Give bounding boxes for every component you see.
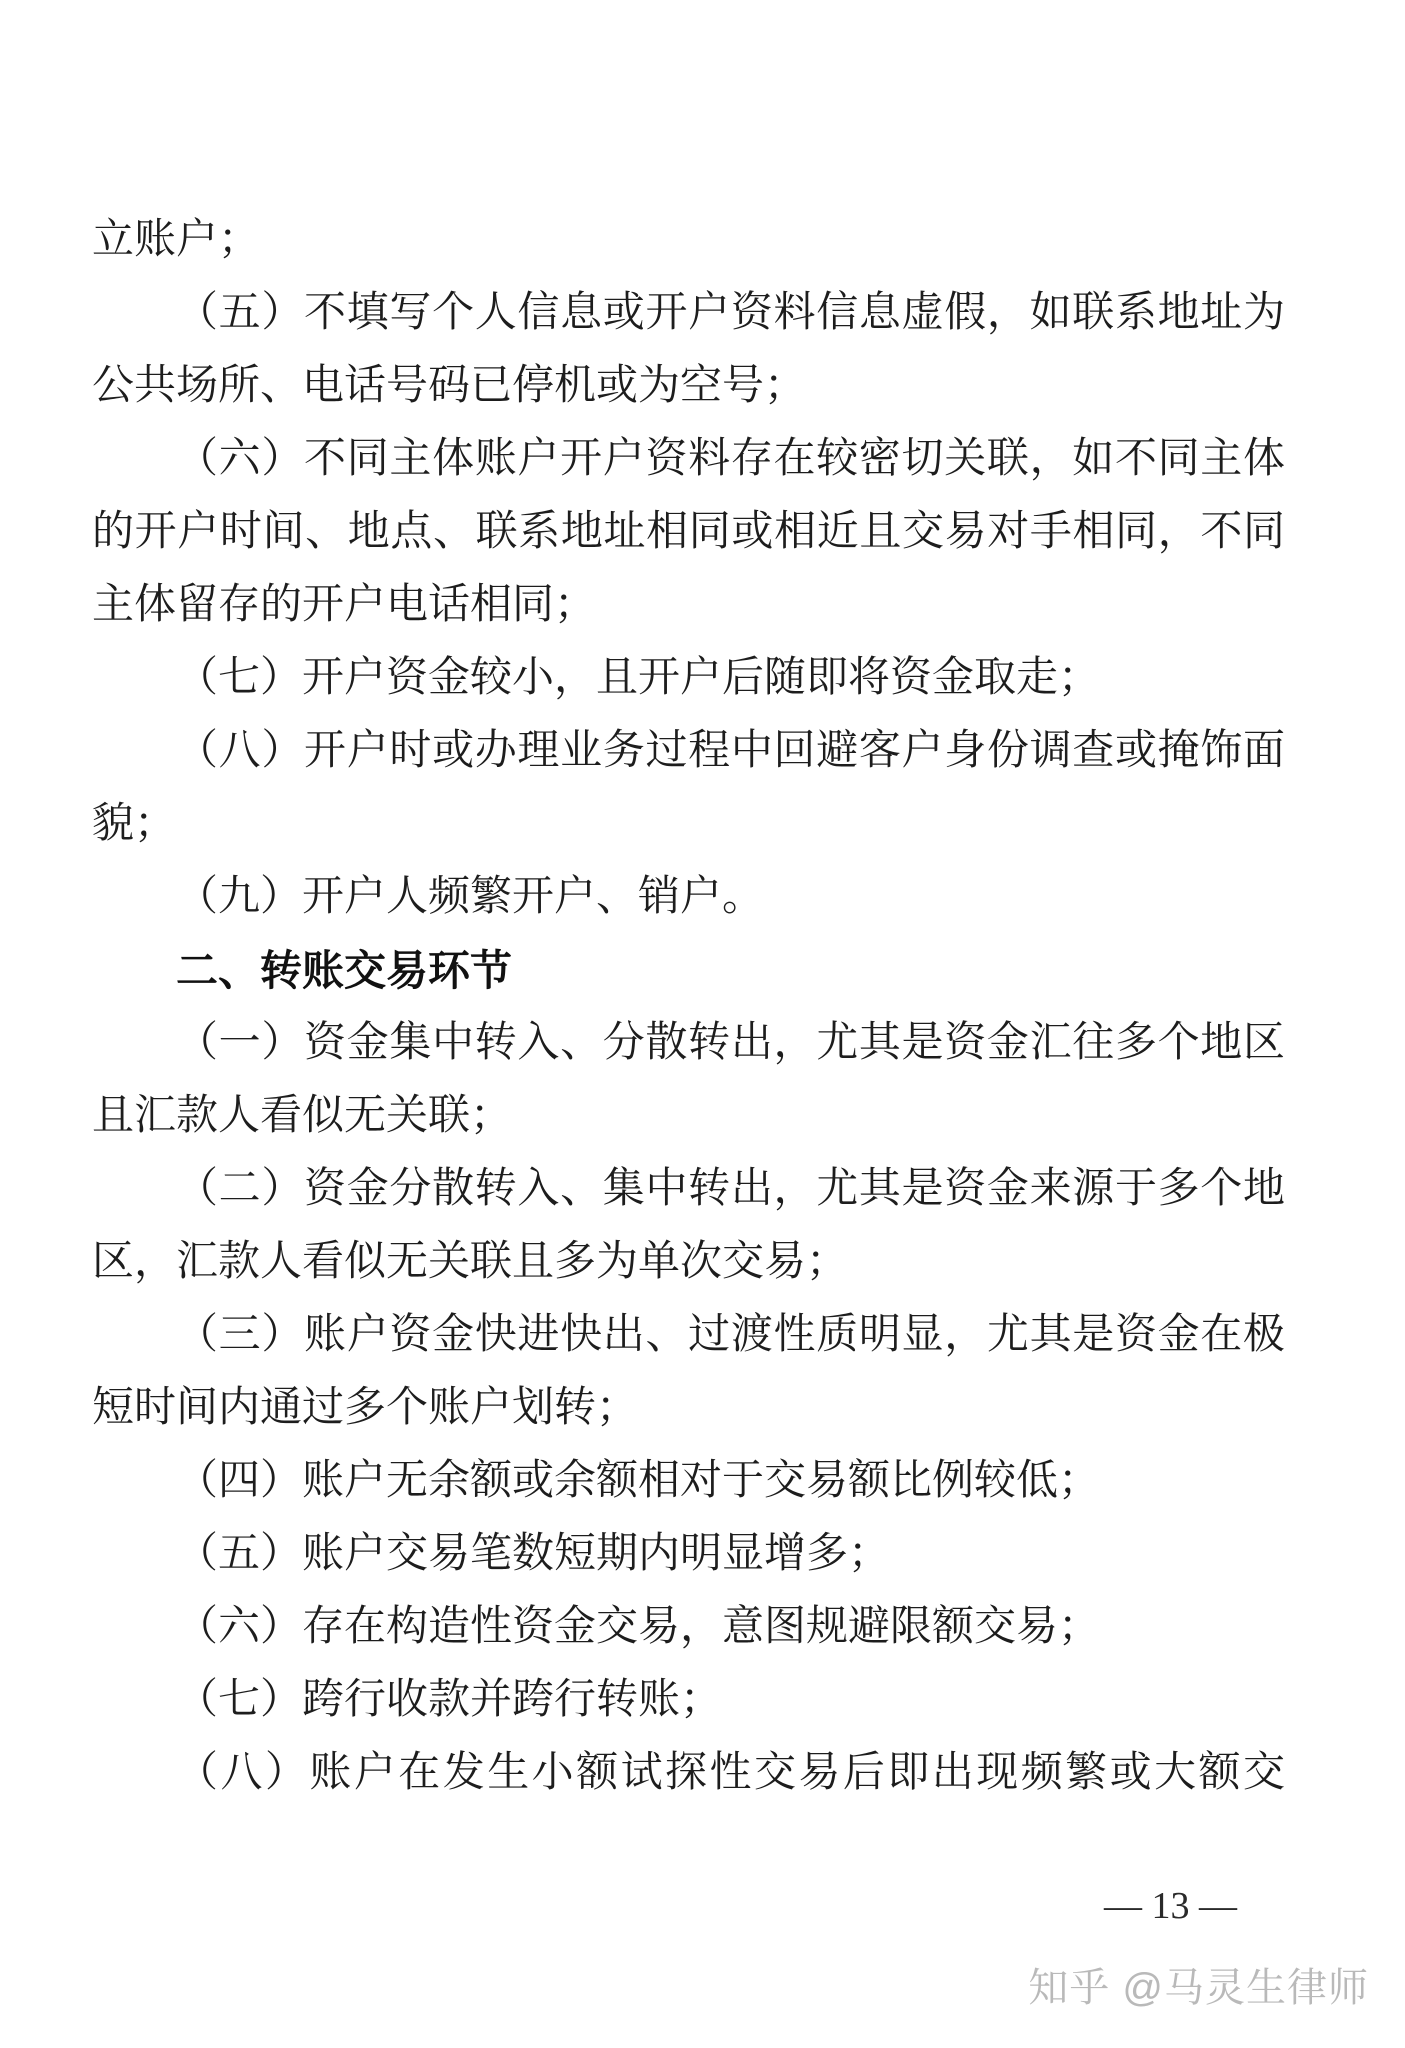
document-line: （七）跨行收款并跨行转账；	[92, 1664, 1285, 1737]
document-line: （五）不填写个人信息或开户资料信息虚假，如联系地址为	[92, 277, 1285, 350]
document-line: （五）账户交易笔数短期内明显增多；	[92, 1518, 1285, 1591]
document-line: （七）开户资金较小，且开户后随即将资金取走；	[92, 642, 1285, 715]
document-line: （四）账户无余额或余额相对于交易额比例较低；	[92, 1445, 1285, 1518]
document-line: 立账户；	[92, 204, 1285, 277]
document-line: 的开户时间、地点、联系地址相同或相近且交易对手相同，不同	[92, 496, 1285, 569]
document-line: 区，汇款人看似无关联且多为单次交易；	[92, 1226, 1285, 1299]
document-line: 短时间内通过多个账户划转；	[92, 1372, 1285, 1445]
document-line: 主体留存的开户电话相同；	[92, 569, 1285, 642]
document-line: （二）资金分散转入、集中转出，尤其是资金来源于多个地	[92, 1153, 1285, 1226]
page-number: — 13 —	[1104, 1882, 1237, 1930]
document-line: （八）开户时或办理业务过程中回避客户身份调查或掩饰面	[92, 715, 1285, 788]
document-line: （一）资金集中转入、分散转出，尤其是资金汇往多个地区	[92, 1007, 1285, 1080]
document-line: 公共场所、电话号码已停机或为空号；	[92, 350, 1285, 423]
document-line: （八）账户在发生小额试探性交易后即出现频繁或大额交	[92, 1737, 1285, 1810]
document-line: （六）不同主体账户开户资料存在较密切关联，如不同主体	[92, 423, 1285, 496]
section-heading: 二、转账交易环节	[92, 934, 1285, 1007]
document-page: 立账户；（五）不填写个人信息或开户资料信息虚假，如联系地址为公共场所、电话号码已…	[0, 0, 1405, 2048]
document-line: 貌；	[92, 788, 1285, 861]
document-line: （九）开户人频繁开户、销户。	[92, 861, 1285, 934]
document-line: （三）账户资金快进快出、过渡性质明显，尤其是资金在极	[92, 1299, 1285, 1372]
watermark-zhihu: 知乎 @马灵生律师	[1028, 1962, 1369, 2014]
document-line: （六）存在构造性资金交易，意图规避限额交易；	[92, 1591, 1285, 1664]
document-body: 立账户；（五）不填写个人信息或开户资料信息虚假，如联系地址为公共场所、电话号码已…	[92, 204, 1285, 1810]
document-line: 且汇款人看似无关联；	[92, 1080, 1285, 1153]
